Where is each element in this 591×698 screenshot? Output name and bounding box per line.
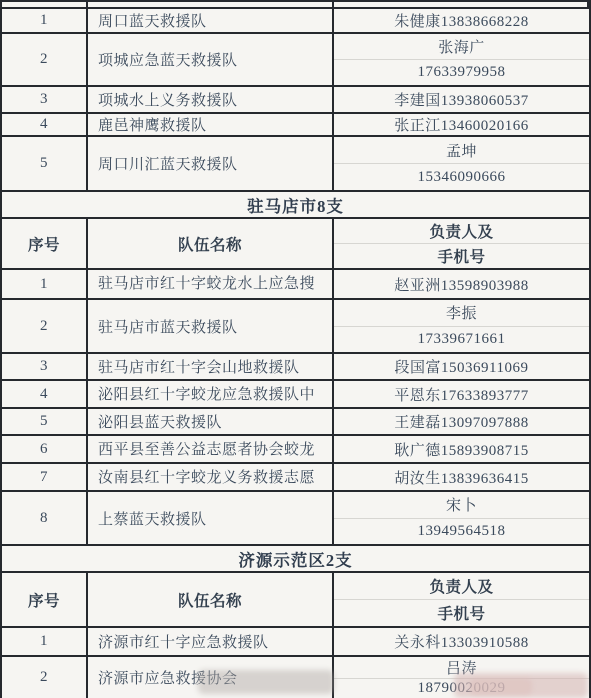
contact-phone: 15346090666: [334, 164, 589, 190]
contact-cell: 孟坤15346090666: [334, 137, 589, 190]
table-row: 2驻马店市蓝天救援队李振17339671661: [2, 300, 589, 354]
team-name-cell: 驻马店市红十字会山地救援队: [88, 354, 334, 379]
table-row: 1驻马店市红十字蛟龙水上应急搜救队赵亚洲13598903988: [2, 270, 589, 300]
header-seq: 序号: [2, 219, 88, 268]
seq-cell: 3: [2, 87, 88, 112]
team-name-cell: 驻马店市红十字蛟龙水上应急搜救队: [88, 270, 334, 298]
seq-cell: 6: [2, 436, 88, 462]
seq-cell: 5: [2, 137, 88, 190]
contact-phone: 17633979958: [334, 60, 589, 85]
team-name-cell: 周口蓝天救援队: [88, 9, 334, 32]
rescue-teams-table: 1周口蓝天救援队朱健康138386682282项城应急蓝天救援队张海广17633…: [2, 2, 589, 698]
seq-cell: [2, 2, 88, 7]
rescue-teams-table-page: 1周口蓝天救援队朱健康138386682282项城应急蓝天救援队张海广17633…: [0, 0, 591, 698]
seq-cell: 1: [2, 628, 88, 655]
table-row: 8上蔡蓝天救援队宋卜13949564518: [2, 492, 589, 546]
contact-cell: 张海广17633979958: [334, 34, 589, 85]
clipped-previous-row: [2, 2, 589, 9]
contact-cell: 李建国13938060537: [334, 87, 589, 112]
column-header-row: 序号队伍名称负责人及手机号: [2, 219, 589, 270]
table-row: 3驻马店市红十字会山地救援队段国富15036911069: [2, 354, 589, 381]
header-team-name: 队伍名称: [88, 219, 334, 268]
contact-name: 孟坤: [334, 137, 589, 164]
contact-cell: 关永科13303910588: [334, 628, 589, 655]
team-name-cell: 项城应急蓝天救援队: [88, 34, 334, 85]
contact-name: 李振: [334, 300, 589, 327]
contact-cell: 李振17339671661: [334, 300, 589, 352]
table-row: 3项城水上义务救援队李建国13938060537: [2, 87, 589, 114]
contact-cell: 吕涛18790020029: [334, 657, 589, 698]
contact-cell: [334, 2, 589, 7]
team-name-cell: 济源市红十字应急救援队: [88, 628, 334, 655]
team-name-line1: 西平县至善公益志愿者协会蛟龙: [98, 439, 332, 462]
header-contact: 负责人及手机号: [334, 219, 589, 268]
team-name-cell: 济源市应急救援协会: [88, 657, 334, 698]
section-title-label: 济源示范区2支: [238, 547, 352, 571]
contact-phone: 17339671661: [334, 327, 589, 353]
table-row: 4泌阳县红十字蛟龙应急救援队中心平恩东17633893777: [2, 381, 589, 409]
team-name-cell: [88, 2, 334, 7]
table-row: 5周口川汇蓝天救援队孟坤15346090666: [2, 137, 589, 192]
contact-cell: 王建磊13097097888: [334, 409, 589, 434]
table-row: 4鹿邑神鹰救援队张正江13460020166: [2, 114, 589, 137]
team-name-cell: 项城水上义务救援队: [88, 87, 334, 112]
contact-phone: 18790020029: [334, 679, 589, 698]
section-title: 驻马店市8支: [2, 192, 589, 219]
team-name-line1: 泌阳县红十字蛟龙应急救援队中: [98, 384, 332, 407]
section-title-label: 驻马店市8支: [247, 193, 344, 217]
team-name-cell: 上蔡蓝天救援队: [88, 492, 334, 544]
seq-cell: 3: [2, 354, 88, 379]
contact-cell: 段国富15036911069: [334, 354, 589, 379]
header-contact-line1: 负责人及: [334, 573, 589, 600]
header-seq: 序号: [2, 573, 88, 626]
contact-name: 吕涛: [334, 657, 589, 679]
table-row: 7汝南县红十字蛟龙义务救援志愿者大队胡汝生13839636415: [2, 464, 589, 492]
contact-cell: 张正江13460020166: [334, 114, 589, 135]
seq-cell: 5: [2, 409, 88, 434]
team-name-cell: 周口川汇蓝天救援队: [88, 137, 334, 190]
seq-cell: 8: [2, 492, 88, 544]
contact-name: 张海广: [334, 34, 589, 60]
section-title: 济源示范区2支: [2, 546, 589, 573]
header-contact-line2: 手机号: [334, 244, 589, 268]
seq-cell: 4: [2, 381, 88, 407]
team-name-cell: 泌阳县红十字蛟龙应急救援队中心: [88, 381, 334, 407]
seq-cell: 1: [2, 270, 88, 298]
contact-cell: 宋卜13949564518: [334, 492, 589, 544]
column-header-row: 序号队伍名称负责人及手机号: [2, 573, 589, 628]
contact-cell: 胡汝生13839636415: [334, 464, 589, 490]
team-name-line1: 驻马店市红十字蛟龙水上应急搜: [98, 273, 332, 296]
contact-cell: 赵亚洲13598903988: [334, 270, 589, 298]
contact-phone: 13949564518: [334, 519, 589, 545]
header-contact: 负责人及手机号: [334, 573, 589, 626]
contact-cell: 朱健康13838668228: [334, 9, 589, 32]
header-contact-line2: 手机号: [334, 600, 589, 626]
table-row: 5泌阳县蓝天救援队王建磊13097097888: [2, 409, 589, 436]
table-row: 6西平县至善公益志愿者协会蛟龙水上救援队耿广德15893908715: [2, 436, 589, 464]
table-row: 2项城应急蓝天救援队张海广17633979958: [2, 34, 589, 87]
contact-name: 宋卜: [334, 492, 589, 519]
header-contact-line1: 负责人及: [334, 219, 589, 244]
team-name-line2-clipped: 救队: [98, 296, 332, 298]
seq-cell: 1: [2, 9, 88, 32]
seq-cell: 2: [2, 34, 88, 85]
seq-cell: 2: [2, 300, 88, 352]
contact-cell: 平恩东17633893777: [334, 381, 589, 407]
team-name-line1: 汝南县红十字蛟龙义务救援志愿: [98, 467, 332, 490]
table-row: 2济源市应急救援协会吕涛18790020029: [2, 657, 589, 698]
team-name-cell: 泌阳县蓝天救援队: [88, 409, 334, 434]
team-name-cell: 驻马店市蓝天救援队: [88, 300, 334, 352]
table-row: 1济源市红十字应急救援队关永科13303910588: [2, 628, 589, 657]
header-team-name: 队伍名称: [88, 573, 334, 626]
seq-cell: 2: [2, 657, 88, 698]
seq-cell: 4: [2, 114, 88, 135]
team-name-cell: 西平县至善公益志愿者协会蛟龙水上救援队: [88, 436, 334, 462]
contact-cell: 耿广德15893908715: [334, 436, 589, 462]
team-name-cell: 汝南县红十字蛟龙义务救援志愿者大队: [88, 464, 334, 490]
team-name-cell: 鹿邑神鹰救援队: [88, 114, 334, 135]
seq-cell: 7: [2, 464, 88, 490]
table-row: 1周口蓝天救援队朱健康13838668228: [2, 9, 589, 34]
